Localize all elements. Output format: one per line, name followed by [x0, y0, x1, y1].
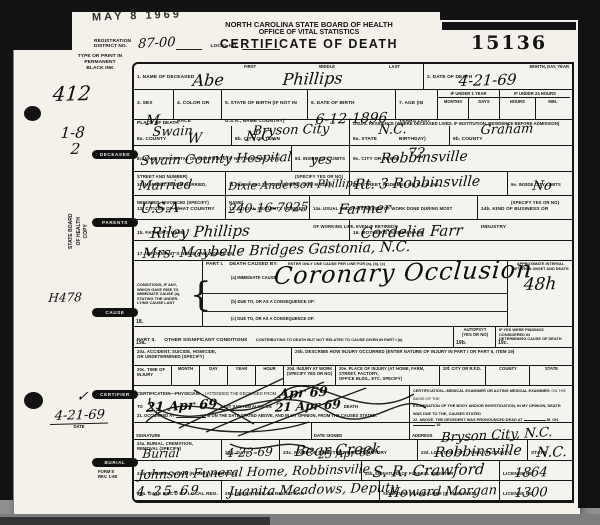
field-label: 6. DATE OF BIRTH [311, 101, 355, 106]
immediate-cause-value: Coronary Occlusion [273, 257, 534, 288]
due-to-b-label: (b) DUE TO, OR AS A CONSEQUENCE OF: [231, 300, 315, 305]
date-received-value: 4-25-69 [136, 484, 201, 499]
immediate-cause-label: (a) IMMEDIATE CAUSE [231, 276, 276, 281]
cause-conditions-column: CONDITIONS, IF ANY, WHICH GAVE RISE TO I… [134, 261, 202, 326]
field-burial-date: 23b. DATE 4-23-69 [222, 440, 280, 459]
cause-line-a: (a) IMMEDIATE CAUSE Coronary Occlusion [203, 268, 507, 294]
director-license-value: 1864 [514, 466, 548, 480]
place-of-injury-label: 20e. PLACE OF INJURY (AT HOME, FARM, STR… [339, 367, 437, 382]
marital-status-value: Married [138, 178, 193, 192]
scan-border-left [0, 0, 13, 500]
field-occupation: 14a. USUAL OCCUPATION (KIND OF WORK DONE… [310, 196, 478, 219]
certificate-form: 1. NAME OF DECEASED FIRST MIDDLE LAST Ab… [132, 62, 574, 503]
form-row-injury: 20c. TIME OF INJURY MONTH DAY YEAR HOUR … [134, 366, 572, 386]
date-of-death-value: 4-21-69 [458, 72, 517, 89]
field-hospital: 8c. NAME OF HOSPITAL OR INSTITUTION (IF … [134, 146, 292, 171]
field-state-of-birth: 5. STATE OF BIRTH (IF NOT IN U.S.A., NAM… [222, 90, 308, 119]
form-row: 10. MARRIED, NEVER MARRIED, WIDOWED, DIV… [134, 172, 572, 196]
field-name-of-deceased: 1. NAME OF DECEASED FIRST MIDDLE LAST Ab… [134, 64, 424, 89]
field-injury-county: COUNTY [486, 366, 530, 385]
other-conditions-label: OTHER SIGNIFICANT CONDITIONS [164, 338, 247, 343]
injury-city-label: 20f. CITY OR R.F.D. [443, 367, 483, 372]
group-place-of-death: PLACE OF DEATH 8a. COUNTY Swain 8b. CITY… [134, 120, 350, 145]
form-row: PLACE OF DEATH 8a. COUNTY Swain 8b. CITY… [134, 120, 572, 146]
surviving-spouse-value: Dixie Anderson Phillips [228, 177, 359, 191]
field-label: 1. NAME OF DECEASED [137, 75, 194, 80]
pencil-date-label: DATE [50, 425, 108, 430]
field-place-of-injury: 20e. PLACE OF INJURY (AT HOME, FARM, STR… [336, 366, 440, 385]
me-m-on-label: M. ON [547, 417, 558, 422]
injury-at-work-label: 20d. INJURY AT WORK (SPECIFY YES OR NO) [287, 367, 333, 377]
field-label: 9b. COUNTY [453, 137, 483, 142]
field-injury-at-work: 20d. INJURY AT WORK (SPECIFY YES OR NO) [284, 366, 336, 385]
certificate-number: 15136 [442, 32, 576, 54]
form-row: 15. FATHER'S NAME Riley Phillips 16. MOT… [134, 220, 572, 241]
field-certification-medical-examiner: CERTIFICATION—MEDICAL EXAMINER OR ACTING… [410, 386, 572, 439]
field-physician-signature: SIGNATURE [134, 423, 312, 439]
field-embalmer-signature: SIGNATURE OF EMBALMER (IF EMBALMED) Howa… [380, 481, 500, 500]
last-label: LAST [389, 65, 400, 70]
last-name-value: Phillips [282, 70, 343, 88]
funeral-home-value: Johnson Funeral Home, Robbinsville [138, 463, 371, 482]
occurred-underline [176, 417, 206, 418]
residence-city-value: Robbinsville [380, 149, 468, 165]
field-registrar-signature: 25b. SIGNATURE OF REGISTRAR Juanita Mead… [222, 481, 380, 500]
occurred-tail-label: M ON THE DATE STATED ABOVE, AND IN MY OP… [207, 413, 377, 418]
field-autopsy-findings: IF YES WERE FINDINGS CONSIDERED IN DETER… [496, 327, 572, 346]
conditions-label: CONDITIONS, IF ANY, WHICH GAVE RISE TO I… [137, 283, 180, 305]
item-19b-number: 19b. [456, 340, 466, 346]
form-number-note: FORM 8 REV. 1-68 [98, 470, 117, 480]
field-if-under-24-hours: IF UNDER 24 HOURS HOURS MIN. [500, 90, 570, 119]
under-1-year-label: IF UNDER 1 YEAR [438, 90, 499, 98]
inside-city-limits-death-value: yes [310, 153, 333, 167]
residence-state-value: N.C. [378, 123, 407, 137]
field-inside-city-limits-residence: 9e. INSIDE CITY LIMITS (SPECIFY YES OR N… [508, 172, 572, 195]
form-row-funeral-home: 24a. FUNERAL HOME (NAME) (ADDRESS) Johns… [134, 461, 572, 481]
pencil-note-2: 2 [70, 142, 81, 157]
address-label: ADDRESS [412, 433, 432, 438]
field-cemetery: 23c. NAME OF CEMETERY OR CREMATORY Bear … [280, 440, 418, 459]
field-industry: 14b. KIND OF BUSINESS OR INDUSTRY [478, 196, 572, 219]
field-citizen-of: 12. CITIZEN OF WHAT COUNTRY U.S.A [134, 196, 226, 219]
item-18-number: 18. [136, 319, 143, 325]
injury-county-label: COUNTY [489, 367, 527, 372]
other-conditions-sublabel: CONTRIBUTING TO DEATH BUT NOT RELATED TO… [256, 337, 403, 342]
field-burial-location: 23d. LOCATION (CITY, TOWN, OR COUNTY) Ro… [418, 440, 528, 459]
field-label: 3. SEX [137, 101, 153, 106]
how-injury-label: 20b. DESCRIBE HOW INJURY OCCURRED (ENTER… [295, 349, 570, 354]
field-sex: 3. SEX M [134, 90, 174, 119]
header-block: NORTH CAROLINA STATE BOARD OF HEALTH OFF… [184, 20, 434, 51]
org-line-1: NORTH CAROLINA STATE BOARD OF HEALTH [184, 20, 434, 29]
first-name-value: Abe [192, 72, 225, 89]
injury-state-label: STATE [533, 367, 570, 372]
me-underline-1 [524, 420, 546, 421]
city-of-death-value: Bryson City [252, 123, 330, 138]
registrar-value: Juanita Meadows, Deputy [228, 482, 398, 499]
field-autopsy: AUTOPSY? (YES OR NO) 19b. [454, 327, 496, 346]
field-county-of-death: 8a. COUNTY Swain [134, 126, 232, 145]
field-street-address: 9d. STREET ADDRESS OR R.F.D. No. Rt. 3 R… [350, 172, 508, 195]
item-19c-number: 19c. [498, 340, 508, 346]
informant-value: Mrs. Maybelle Bridges Gastonia, N.C. [142, 240, 411, 261]
signature-subrow: SIGNATURE DATE SIGNED 25 Apr 69 [134, 422, 409, 439]
tab-burial: BURIAL [92, 458, 138, 467]
father-name-value: Riley Phillips [150, 223, 250, 241]
death-label: DEATH [344, 404, 358, 409]
form-row: 8c. NAME OF HOSPITAL OR INSTITUTION (IF … [134, 146, 572, 172]
me-cert-label: CERTIFICATION—MEDICAL EXAMINER OR ACTING… [413, 388, 550, 393]
cemetery-value: Bear Creek [294, 442, 381, 459]
date-signed-label: DATE SIGNED [314, 433, 342, 438]
embalmer-value: Howard Morgan [388, 484, 498, 500]
tab-cause: CAUSE [92, 308, 138, 317]
hour-label: HOUR [255, 366, 283, 385]
form-row-accident: 20a. ACCIDENT, SUICIDE, HOMICIDE, OR UND… [134, 348, 572, 366]
field-burial-type: 23a. BURIAL, CREMATION, REMOVAL (SPECIFY… [134, 440, 222, 459]
burial-date-value: 4-23-69 [226, 446, 273, 459]
day-label: DAY [199, 366, 227, 385]
field-funeral-home: 24a. FUNERAL HOME (NAME) (ADDRESS) Johns… [134, 461, 362, 480]
form-row: 3. SEX M 4. COLOR OR RACE W 5. STATE OF … [134, 90, 572, 120]
funeral-director-value: S. R. Crawford [372, 462, 485, 480]
citizen-value: U.S.A [140, 201, 180, 216]
time-of-injury-label: 20c. TIME OF INJURY [134, 366, 171, 385]
field-certification-physician: CERTIFICATION—PHYSICIAN: I ATTENDED THE … [134, 386, 410, 439]
form-row-part2: PART II. OTHER SIGNIFICANT CONDITIONS CO… [134, 327, 572, 347]
pencil-note-h478: H478 [48, 291, 82, 304]
punch-hole-bottom [24, 392, 43, 409]
ssn-value: 240-16-7925 [228, 201, 309, 216]
field-residence-county: 9b. COUNTY Graham [450, 126, 570, 145]
registration-district-label: REGISTRATION DISTRICT NO. [94, 39, 131, 51]
check-mark: ✓ [76, 390, 89, 404]
form-row-burial: 23a. BURIAL, CREMATION, REMOVAL (SPECIFY… [134, 440, 572, 460]
inside-city-limits-residence-value: No [532, 179, 552, 193]
attended-label: I ATTENDED THE DECEASED FROM [205, 391, 277, 396]
me-body-label: EXAMINATION OF THE BODY AND/OR INVESTIGA… [413, 402, 570, 417]
scan-border-bottom-left [0, 517, 270, 525]
cause-line-b: (b) DUE TO, OR AS A CONSEQUENCE OF: [203, 294, 507, 312]
form-row-certification: CERTIFICATION—PHYSICIAN: I ATTENDED THE … [134, 386, 572, 440]
certificate-title: CERTIFICATE OF DEATH [184, 37, 434, 51]
field-age: 7. AGE (IN YEARS LAST BIRTHDAY) 72 [396, 90, 438, 119]
address-subrow: ADDRESS Bryson City, N.C. [410, 422, 572, 439]
last-saw-label: LAST SAW HIM ALIVE ON [220, 404, 271, 409]
field-if-under-1-year: IF UNDER 1 YEAR MONTHS DAYS [438, 90, 500, 119]
year-label: YEAR [227, 366, 255, 385]
burial-type-value: Burial [142, 447, 180, 460]
field-surviving-spouse: 11. SURVIVING SPOUSE (IF WIFE, GIVE MAID… [226, 172, 350, 195]
month-label: MONTH [171, 366, 199, 385]
field-how-injury-occurred: 20b. DESCRIBE HOW INJURY OCCURRED (ENTER… [292, 348, 572, 365]
min-label: MIN. [536, 98, 571, 119]
field-date-of-death: 2. DATE OF DEATH MONTH, DAY, YEAR 4-21-6… [424, 64, 572, 89]
field-time-of-injury: 20c. TIME OF INJURY MONTH DAY YEAR HOUR [134, 366, 284, 385]
to-label: TO [137, 404, 143, 409]
due-to-c-label: (c) DUE TO, OR AS A CONSEQUENCE OF: [231, 317, 315, 322]
field-marital-status: 10. MARRIED, NEVER MARRIED, WIDOWED, DIV… [134, 172, 226, 195]
punch-hole-top [24, 106, 41, 121]
field-mother-maiden-name: 16. MOTHER'S MAIDEN NAME Cordelia Farr [350, 220, 572, 240]
tab-deceased: DECEASED [92, 150, 138, 159]
days-label: DAYS [469, 98, 499, 119]
street-address-value: Rt. 3 Robbinsville [354, 174, 481, 191]
pencil-date-value: 4-21-69 [50, 408, 109, 425]
form-row: 12. CITIZEN OF WHAT COUNTRY U.S.A 13. SO… [134, 196, 572, 220]
cause-line-c: (c) DUE TO, OR AS A CONSEQUENCE OF: [203, 312, 507, 327]
signature-label: SIGNATURE [136, 433, 160, 438]
form-row-registrar: 25a. DATE REC'D BY LOCAL REG. 4-25-69 25… [134, 481, 572, 501]
field-inside-city-limits-death: 8d. INSIDE CITY LIMITS (SPECIFY YES OR N… [292, 146, 350, 171]
first-label: FIRST [244, 65, 256, 70]
occupation-value: Farmer [338, 201, 391, 216]
field-injury-city: 20f. CITY OR R.F.D. [440, 366, 486, 385]
field-father-name: 15. FATHER'S NAME Riley Phillips [134, 220, 350, 240]
pencil-date-block: 4-21-69 DATE [50, 410, 108, 430]
certificate-paper: 5 9 MAY 8 1969 REGISTRATION DISTRICT NO.… [14, 8, 580, 514]
me-pronounced-label: 22. ABOVE. THE DECEDENT WAS PRONOUNCED D… [413, 417, 523, 422]
field-director-license: LICENSE NO. 1864 [500, 461, 572, 480]
scan-border-right [578, 0, 600, 508]
scanned-death-certificate: 5 9 MAY 8 1969 REGISTRATION DISTRICT NO.… [0, 0, 600, 525]
mother-maiden-name-value: Cordelia Farr [360, 223, 463, 241]
org-line-2: OFFICE OF VITAL STATISTICS [184, 29, 434, 36]
field-certifier-address: ADDRESS Bryson City, N.C. [410, 423, 572, 439]
field-funeral-director-signature: 24b. SIGNATURE OF FUNERAL DIRECTOR S. R.… [362, 461, 500, 480]
form-row-part1: CONDITIONS, IF ANY, WHICH GAVE RISE TO I… [134, 261, 572, 327]
field-date-of-birth: 6. DATE OF BIRTH 6-12-1896 [308, 90, 396, 119]
tab-parents: PARENTS [92, 218, 138, 227]
field-other-significant-conditions: PART II. OTHER SIGNIFICANT CONDITIONS CO… [134, 327, 454, 346]
county-of-death-value: Swain [152, 125, 193, 139]
field-embalmer-license: LICENSE NO. 1300 [500, 481, 572, 500]
field-accident-suicide-homicide: 20a. ACCIDENT, SUICIDE, HOMICIDE, OR UND… [134, 348, 292, 365]
field-color-or-race: 4. COLOR OR RACE W [174, 90, 222, 119]
field-label: 9a. STATE [353, 137, 377, 142]
residence-county-value: Graham [480, 122, 534, 136]
burial-location-value: Robbinsville [434, 444, 522, 460]
embalmer-license-value: 1300 [514, 486, 548, 500]
form-row: 1. NAME OF DECEASED FIRST MIDDLE LAST Ab… [134, 64, 572, 90]
field-residence-city: 9c. CITY OR TOWN Robbinsville [350, 146, 572, 171]
type-or-print-note: TYPE OR PRINT IN PERMANENT BLACK INK [72, 54, 128, 71]
hours-label: HOURS [500, 98, 536, 119]
findings-label: IF YES WERE FINDINGS CONSIDERED IN DETER… [499, 328, 570, 341]
field-sublabel: MONTH, DAY, YEAR [529, 65, 569, 70]
field-injury-state: STATE [530, 366, 572, 385]
certificate-number-bar [442, 22, 576, 30]
accident-label: 20a. ACCIDENT, SUICIDE, HOMICIDE, OR UND… [137, 349, 289, 359]
registration-district-value: 87-00 [137, 36, 175, 51]
field-city-of-death: 8b. CITY OR TOWN Bryson City [232, 126, 349, 145]
pencil-note-412: 412 [52, 83, 92, 104]
group-usual-residence: USUAL RESIDENCE (WHERE DECEASED LIVED. I… [350, 120, 570, 145]
months-label: MONTHS [438, 98, 469, 119]
field-date-received: 25a. DATE REC'D BY LOCAL REG. 4-25-69 [134, 481, 222, 500]
cause-main-column: PART I. DEATH CAUSED BY: ENTER ONLY ONE … [202, 261, 508, 326]
under-24-hours-label: IF UNDER 24 HOURS [500, 90, 570, 98]
pencil-note-1-8: 1-8 [60, 125, 85, 141]
item-19a-number: 19a. [136, 340, 146, 346]
last-saw-value: 21 Apr 69 [275, 399, 341, 414]
tab-certifier: CERTIFIER [92, 390, 138, 399]
autopsy-label: AUTOPSY? (YES OR NO) [457, 328, 493, 338]
field-residence-state: 9a. STATE N.C. [350, 126, 450, 145]
hospital-value: Swain County Hospital [140, 151, 292, 168]
field-date-signed: DATE SIGNED 25 Apr 69 [312, 423, 409, 439]
field-burial-state: STATE N.C. [528, 440, 572, 459]
copy-designation-note: STATE BOARD OF HEALTH COPY [68, 196, 91, 266]
field-ssn: 13. SOCIAL SECURITY NUMBER 240-16-7925 [226, 196, 310, 219]
scan-border-top-right [440, 0, 600, 20]
physician-cert-label: CERTIFICATION—PHYSICIAN: [137, 391, 200, 396]
burial-state-value: N.C. [536, 446, 568, 461]
